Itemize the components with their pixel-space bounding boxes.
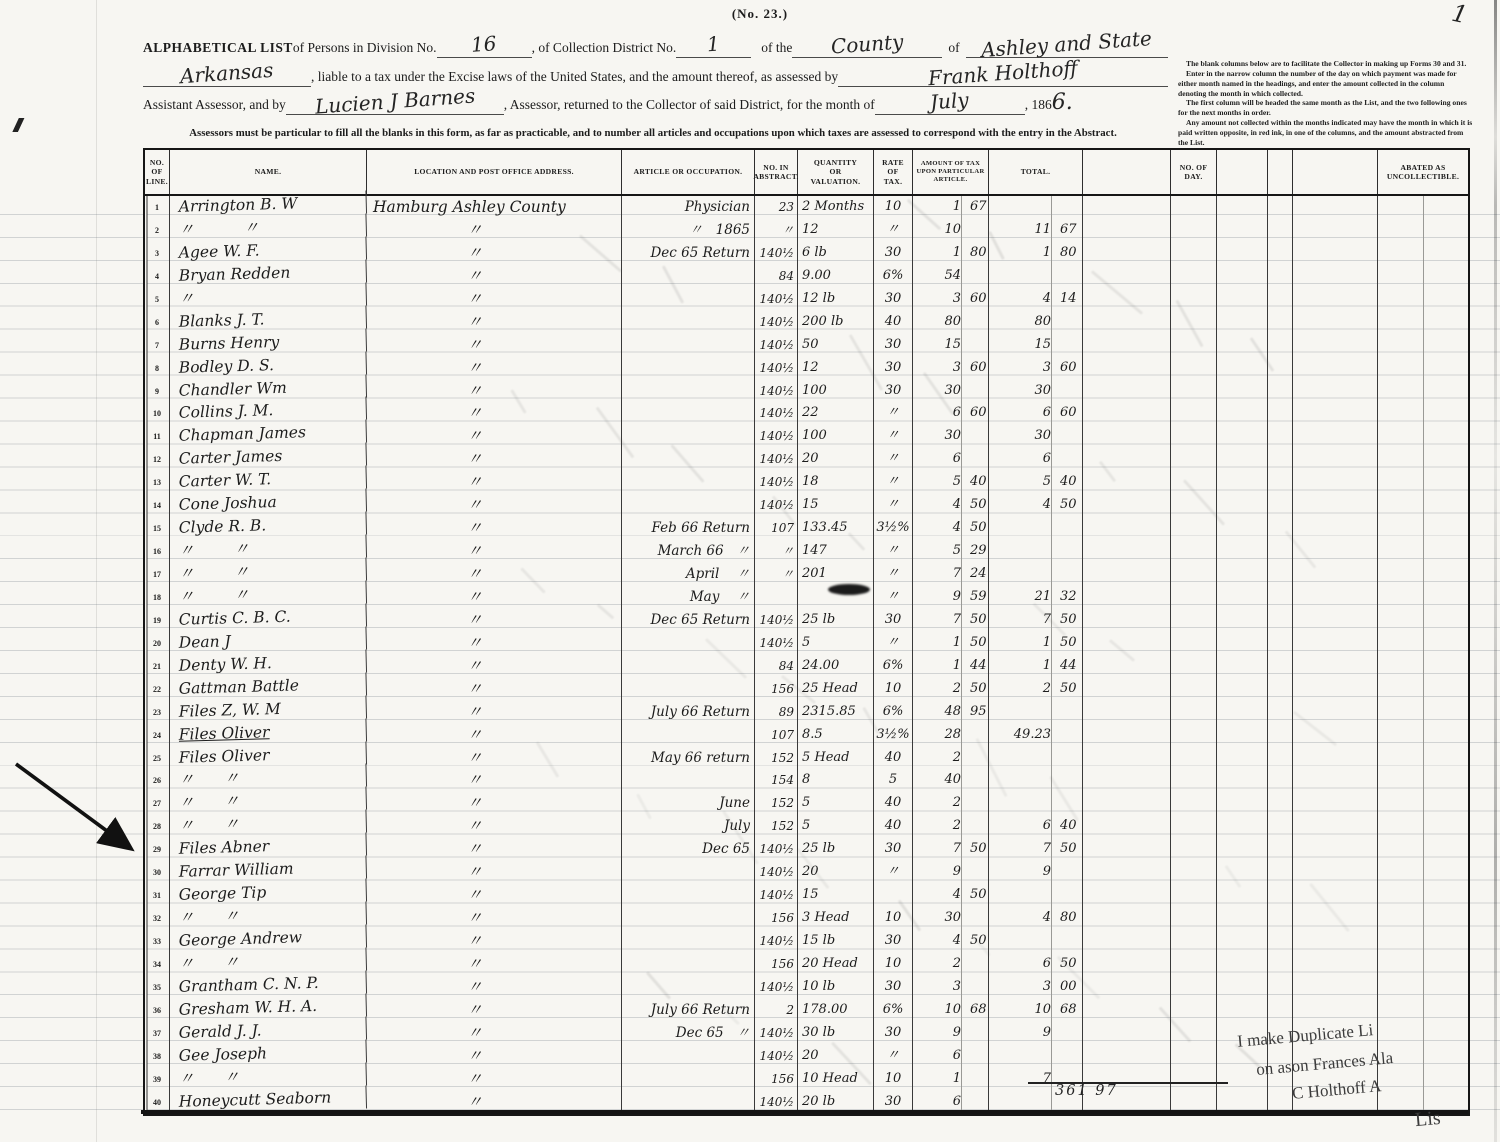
cell-b2 — [1217, 861, 1268, 884]
pointer-arrow — [4, 742, 164, 867]
dollars: 9 — [989, 861, 1056, 884]
cell-rate: 30 — [874, 288, 913, 311]
cell-loc: 〃 — [367, 884, 622, 907]
cell-b2 — [1217, 999, 1268, 1022]
cell-loc: 〃 — [367, 288, 622, 311]
dollars: 2 — [989, 678, 1056, 701]
cell-b3 — [1293, 563, 1378, 586]
cell-n1 — [1268, 792, 1293, 815]
cell-no: 37 — [145, 1022, 170, 1045]
cell-day — [1171, 540, 1217, 563]
cell-tot: 660 — [989, 402, 1083, 425]
dollars: 1 — [913, 632, 966, 655]
dollars: 4 — [913, 884, 966, 907]
cell-loc: 〃 — [367, 517, 622, 540]
cell-tot: 1167 — [989, 219, 1083, 242]
assessor-instruction-line: Assessors must be particular to fill all… — [148, 127, 1158, 139]
cell-abated — [1378, 701, 1468, 724]
cell-n1 — [1268, 380, 1293, 403]
cell-b3 — [1293, 448, 1378, 471]
cell-tot — [989, 930, 1083, 953]
printed-of: of — [948, 40, 959, 56]
cell-no: 34 — [145, 953, 170, 976]
dollars: 2 — [913, 678, 966, 701]
cell-b3 — [1293, 678, 1378, 701]
cell-qty: 200 lb — [798, 311, 874, 334]
cell-tot — [989, 540, 1083, 563]
cell-n1 — [1268, 471, 1293, 494]
cell-abated — [1378, 1022, 1468, 1045]
cell-art — [622, 425, 755, 448]
cell-rate: 30 — [874, 1022, 913, 1045]
cell-day — [1171, 1022, 1217, 1045]
cell-day — [1171, 609, 1217, 632]
cell-art — [622, 1068, 755, 1091]
cell-n1 — [1268, 815, 1293, 838]
cell-b1 — [1083, 380, 1171, 403]
cell-qty: 30 lb — [798, 1022, 874, 1045]
cell-amt: 6 — [913, 1045, 989, 1068]
cents — [1056, 792, 1082, 815]
cents — [966, 953, 988, 976]
cell-qty: 15 lb — [798, 930, 874, 953]
cell-day — [1171, 425, 1217, 448]
cell-b2 — [1217, 815, 1268, 838]
cell-abs: 140½ — [755, 838, 798, 861]
cell-loc: 〃 — [367, 838, 622, 861]
cell-b1 — [1083, 769, 1171, 792]
cents: 50 — [966, 884, 988, 907]
cents — [966, 448, 988, 471]
cell-abs — [755, 586, 798, 609]
cell-loc: 〃 — [367, 907, 622, 930]
form-number: (No. 23.) — [695, 6, 825, 22]
county-word-handwritten: County — [830, 30, 904, 59]
cents: 50 — [966, 517, 988, 540]
cell-abs: 140½ — [755, 334, 798, 357]
cell-b1 — [1083, 311, 1171, 334]
cell-art — [622, 471, 755, 494]
cell-loc: 〃 — [367, 678, 622, 701]
cell-abated — [1378, 540, 1468, 563]
cell-amt: 724 — [913, 563, 989, 586]
cell-abs: 〃 — [755, 563, 798, 586]
cell-abated — [1378, 357, 1468, 380]
cell-b1 — [1083, 425, 1171, 448]
cents: 50 — [966, 494, 988, 517]
dollars: 30 — [989, 380, 1056, 403]
cell-amt: 750 — [913, 609, 989, 632]
cell-b2 — [1217, 953, 1268, 976]
dollars: 7 — [989, 1068, 1056, 1091]
cents: 32 — [1056, 586, 1082, 609]
paper-fold-line — [96, 0, 97, 1142]
dollars: 4 — [989, 288, 1056, 311]
cell-rate: 〃 — [874, 563, 913, 586]
cell-qty: 50 — [798, 334, 874, 357]
cell-b2 — [1217, 380, 1268, 403]
cell-b1 — [1083, 701, 1171, 724]
cell-no: 6 — [145, 311, 170, 334]
cell-art — [622, 632, 755, 655]
cell-qty: 25 Head — [798, 678, 874, 701]
cell-art: May 66 return — [622, 747, 755, 770]
cell-art: Dec 65 — [622, 838, 755, 861]
cell-qty: 12 lb — [798, 288, 874, 311]
cell-loc: 〃 — [367, 632, 622, 655]
column-header-no: No. of Line. — [145, 150, 170, 194]
printed-returned: , Assessor, returned to the Collector of… — [504, 97, 875, 113]
dollars: 1 — [913, 655, 966, 678]
cell-tot: 9 — [989, 1022, 1083, 1045]
cell-loc: 〃 — [367, 357, 622, 380]
cell-day — [1171, 563, 1217, 586]
clerk-note-flourish: Lis — [1414, 1107, 1441, 1132]
column-header-name: NAME. — [170, 150, 367, 194]
cell-amt: 54 — [913, 265, 989, 288]
assessor-blank: Lucien J Barnes — [286, 90, 504, 115]
collector-note-paragraph: The blank columns below are to facilitat… — [1178, 59, 1474, 69]
cell-abs: 154 — [755, 769, 798, 792]
cell-n1 — [1268, 930, 1293, 953]
cell-n1 — [1268, 701, 1293, 724]
cell-b1 — [1083, 402, 1171, 425]
cell-tot: 6 — [989, 448, 1083, 471]
cell-amt: 360 — [913, 288, 989, 311]
cell-qty: 5 — [798, 792, 874, 815]
cell-abs: 140½ — [755, 609, 798, 632]
cell-no: 11 — [145, 425, 170, 448]
cents — [966, 907, 988, 930]
cell-amt: 167 — [913, 196, 989, 219]
cell-qty: 10 lb — [798, 976, 874, 999]
dollars: 1 — [989, 242, 1056, 265]
cell-qty: 201 — [798, 563, 874, 586]
cell-loc: 〃 — [367, 219, 622, 242]
cell-no: 23 — [145, 701, 170, 724]
dollars: 4 — [989, 907, 1056, 930]
cell-b3 — [1293, 815, 1378, 838]
cell-no: 39 — [145, 1068, 170, 1091]
assessor-handwritten: Lucien J Barnes — [314, 83, 476, 118]
cell-b2 — [1217, 930, 1268, 953]
cell-b3 — [1293, 402, 1378, 425]
ink-blot — [828, 584, 870, 595]
cell-abs: 107 — [755, 724, 798, 747]
cell-rate: 30 — [874, 930, 913, 953]
cell-tot: 80 — [989, 311, 1083, 334]
cents: 60 — [1056, 402, 1082, 425]
cell-b1 — [1083, 563, 1171, 586]
cell-b2 — [1217, 838, 1268, 861]
cell-b1 — [1083, 357, 1171, 380]
cell-rate: 3½% — [874, 724, 913, 747]
cell-b3 — [1293, 586, 1378, 609]
cell-amt: 6 — [913, 448, 989, 471]
cell-abated — [1378, 769, 1468, 792]
cell-qty: 20 — [798, 448, 874, 471]
printed-ofthe: of the — [761, 40, 792, 56]
cell-rate: 〃 — [874, 494, 913, 517]
cell-no: 18 — [145, 586, 170, 609]
cell-loc: 〃 — [367, 930, 622, 953]
cell-abs: 84 — [755, 265, 798, 288]
cell-b3 — [1293, 999, 1378, 1022]
cell-n1 — [1268, 242, 1293, 265]
cell-art — [622, 976, 755, 999]
cents — [1056, 380, 1082, 403]
cell-amt: 450 — [913, 930, 989, 953]
cell-day — [1171, 334, 1217, 357]
cell-abated — [1378, 265, 1468, 288]
cell-b2 — [1217, 586, 1268, 609]
dollars: 11 — [989, 219, 1056, 242]
cell-amt: 1 — [913, 1068, 989, 1091]
cell-art — [622, 448, 755, 471]
cell-rate: 6% — [874, 999, 913, 1022]
title-rest: of Persons in Division No. — [293, 40, 437, 56]
cell-amt: 959 — [913, 586, 989, 609]
cell-abs: 140½ — [755, 402, 798, 425]
cell-amt: 660 — [913, 402, 989, 425]
cell-n1 — [1268, 494, 1293, 517]
cell-qty: 6 lb — [798, 242, 874, 265]
cell-day — [1171, 724, 1217, 747]
cell-b1 — [1083, 792, 1171, 815]
cell-no: 1 — [145, 196, 170, 219]
cell-qty: 2315.85 — [798, 701, 874, 724]
cell-rate: 40 — [874, 747, 913, 770]
cell-day — [1171, 815, 1217, 838]
cell-abs: 〃 — [755, 540, 798, 563]
cell-abs: 140½ — [755, 861, 798, 884]
cents: 50 — [966, 930, 988, 953]
cell-n1 — [1268, 884, 1293, 907]
cell-abs: 140½ — [755, 1022, 798, 1045]
assessment-table: No. of Line.NAME.LOCATION AND POST OFFIC… — [143, 148, 1470, 1116]
cell-no: 21 — [145, 655, 170, 678]
column-header-qty: QUANTITY OR VALUATION. — [798, 150, 874, 194]
dollars — [989, 769, 1056, 792]
cell-abs: 140½ — [755, 976, 798, 999]
cell-no: 3 — [145, 242, 170, 265]
cell-art: Physician — [622, 196, 755, 219]
cell-art — [622, 288, 755, 311]
cell-b1 — [1083, 517, 1171, 540]
cell-abated — [1378, 242, 1468, 265]
cell-rate: 〃 — [874, 402, 913, 425]
cell-abs: 140½ — [755, 288, 798, 311]
cell-abated — [1378, 632, 1468, 655]
cell-qty: 9.00 — [798, 265, 874, 288]
cell-day — [1171, 930, 1217, 953]
cell-n1 — [1268, 311, 1293, 334]
cell-abs: 140½ — [755, 311, 798, 334]
cell-rate: 30 — [874, 357, 913, 380]
dollars: 21 — [989, 586, 1056, 609]
cell-loc: 〃 — [367, 1022, 622, 1045]
cell-day — [1171, 242, 1217, 265]
collector-instructions-note: The blank columns below are to facilitat… — [1178, 59, 1474, 148]
cell-tot: 414 — [989, 288, 1083, 311]
cell-loc: 〃 — [367, 1068, 622, 1091]
cell-abated — [1378, 953, 1468, 976]
cell-b3 — [1293, 357, 1378, 380]
cell-b2 — [1217, 701, 1268, 724]
cell-loc: 〃 — [367, 471, 622, 494]
cell-rate: 〃 — [874, 861, 913, 884]
cell-tot: 49.23 — [989, 724, 1083, 747]
cell-amt: 30 — [913, 380, 989, 403]
dollars: 30 — [913, 380, 966, 403]
cell-tot — [989, 769, 1083, 792]
cell-tot: 450 — [989, 494, 1083, 517]
cell-amt: 30 — [913, 907, 989, 930]
dollars: 7 — [913, 563, 966, 586]
cell-day — [1171, 265, 1217, 288]
column-header-art: ARTICLE OR OCCUPATION. — [622, 150, 755, 194]
cell-no: 8 — [145, 357, 170, 380]
cell-abs: 140½ — [755, 494, 798, 517]
cell-tot: 30 — [989, 425, 1083, 448]
cell-abated — [1378, 586, 1468, 609]
cell-b1 — [1083, 540, 1171, 563]
cell-tot: 30 — [989, 380, 1083, 403]
division-blank: 16 — [437, 33, 532, 58]
cell-n1 — [1268, 724, 1293, 747]
cell-no: 13 — [145, 471, 170, 494]
cell-art: July 66 Return — [622, 701, 755, 724]
form-title-line-2: Arkansas , liable to a tax under the Exc… — [143, 62, 1168, 87]
cell-qty: 15 — [798, 884, 874, 907]
cell-b2 — [1217, 425, 1268, 448]
cell-amt: 2 — [913, 747, 989, 770]
dollars — [989, 930, 1056, 953]
cell-art — [622, 930, 755, 953]
cell-day — [1171, 219, 1217, 242]
cell-n1 — [1268, 907, 1293, 930]
cell-abs: 140½ — [755, 884, 798, 907]
cell-tot: 480 — [989, 907, 1083, 930]
cell-abated — [1378, 678, 1468, 701]
cell-day — [1171, 747, 1217, 770]
dollars — [989, 265, 1056, 288]
month-handwritten: July — [930, 88, 970, 115]
cell-no: 16 — [145, 540, 170, 563]
cell-day — [1171, 701, 1217, 724]
cell-b2 — [1217, 196, 1268, 219]
cents — [1056, 425, 1082, 448]
cell-amt: 80 — [913, 311, 989, 334]
cell-amt: 15 — [913, 334, 989, 357]
column-header-b2 — [1217, 150, 1268, 194]
cell-abs: 152 — [755, 792, 798, 815]
cell-b1 — [1083, 1022, 1171, 1045]
cell-abated — [1378, 288, 1468, 311]
cell-b1 — [1083, 586, 1171, 609]
cell-tot — [989, 747, 1083, 770]
cell-b3 — [1293, 242, 1378, 265]
cell-loc: 〃 — [367, 402, 622, 425]
cell-b1 — [1083, 953, 1171, 976]
cell-abated — [1378, 907, 1468, 930]
cell-loc: 〃 — [367, 586, 622, 609]
cents — [1056, 724, 1082, 747]
dollars: 49.23 — [989, 724, 1056, 747]
cents: 44 — [966, 655, 988, 678]
dollars: 6 — [989, 953, 1056, 976]
cents — [1056, 265, 1082, 288]
column-header-abated: ABATED AS UNCOLLECTIBLE. — [1378, 150, 1468, 194]
cell-loc: 〃 — [367, 494, 622, 517]
cell-day — [1171, 632, 1217, 655]
cell-day — [1171, 655, 1217, 678]
cell-abated — [1378, 219, 1468, 242]
assessment-list-page: (No. 23.) 1 ALPHABETICAL LIST of Persons… — [0, 0, 1500, 1142]
cell-abated — [1378, 861, 1468, 884]
state-blank: Arkansas — [143, 62, 311, 87]
cell-n1 — [1268, 953, 1293, 976]
cell-amt: 4895 — [913, 701, 989, 724]
cell-b3 — [1293, 425, 1378, 448]
cents — [966, 1022, 988, 1045]
cell-art — [622, 678, 755, 701]
cell-abated — [1378, 448, 1468, 471]
cell-amt: 540 — [913, 471, 989, 494]
cents: 50 — [966, 678, 988, 701]
cell-b1 — [1083, 1045, 1171, 1068]
cell-amt: 450 — [913, 494, 989, 517]
dollars — [989, 792, 1056, 815]
cell-qty: 20 Head — [798, 953, 874, 976]
cell-abs: 156 — [755, 1068, 798, 1091]
cell-loc: Hamburg Ashley County — [367, 196, 622, 219]
cell-rate: 〃 — [874, 540, 913, 563]
cell-b1 — [1083, 196, 1171, 219]
form-title: ALPHABETICAL LIST — [143, 40, 293, 56]
cell-loc: 〃 — [367, 265, 622, 288]
cell-b3 — [1293, 196, 1378, 219]
cell-rate: 〃 — [874, 448, 913, 471]
cell-tot: 180 — [989, 242, 1083, 265]
cell-amt: 750 — [913, 838, 989, 861]
column-header-day: NO. OF DAY. — [1171, 150, 1217, 194]
cell-b2 — [1217, 540, 1268, 563]
cents: 60 — [1056, 357, 1082, 380]
cell-amt: 2 — [913, 953, 989, 976]
cell-rate: 10 — [874, 907, 913, 930]
cell-b2 — [1217, 265, 1268, 288]
dollars: 28 — [913, 724, 966, 747]
cell-tot — [989, 517, 1083, 540]
cell-art: March 66 〃 — [622, 540, 755, 563]
cell-qty: 20 — [798, 861, 874, 884]
cell-n1 — [1268, 425, 1293, 448]
cell-b3 — [1293, 380, 1378, 403]
cell-day — [1171, 769, 1217, 792]
cell-art — [622, 402, 755, 425]
cell-tot: 144 — [989, 655, 1083, 678]
cell-art — [622, 724, 755, 747]
printed-year: , 186 — [1025, 97, 1052, 113]
cell-n1 — [1268, 563, 1293, 586]
dollars: 48 — [913, 701, 966, 724]
cell-rate: 10 — [874, 1068, 913, 1091]
cents: 50 — [966, 838, 988, 861]
cell-rate: 6% — [874, 265, 913, 288]
cents — [1056, 311, 1082, 334]
cell-abs: 140½ — [755, 930, 798, 953]
